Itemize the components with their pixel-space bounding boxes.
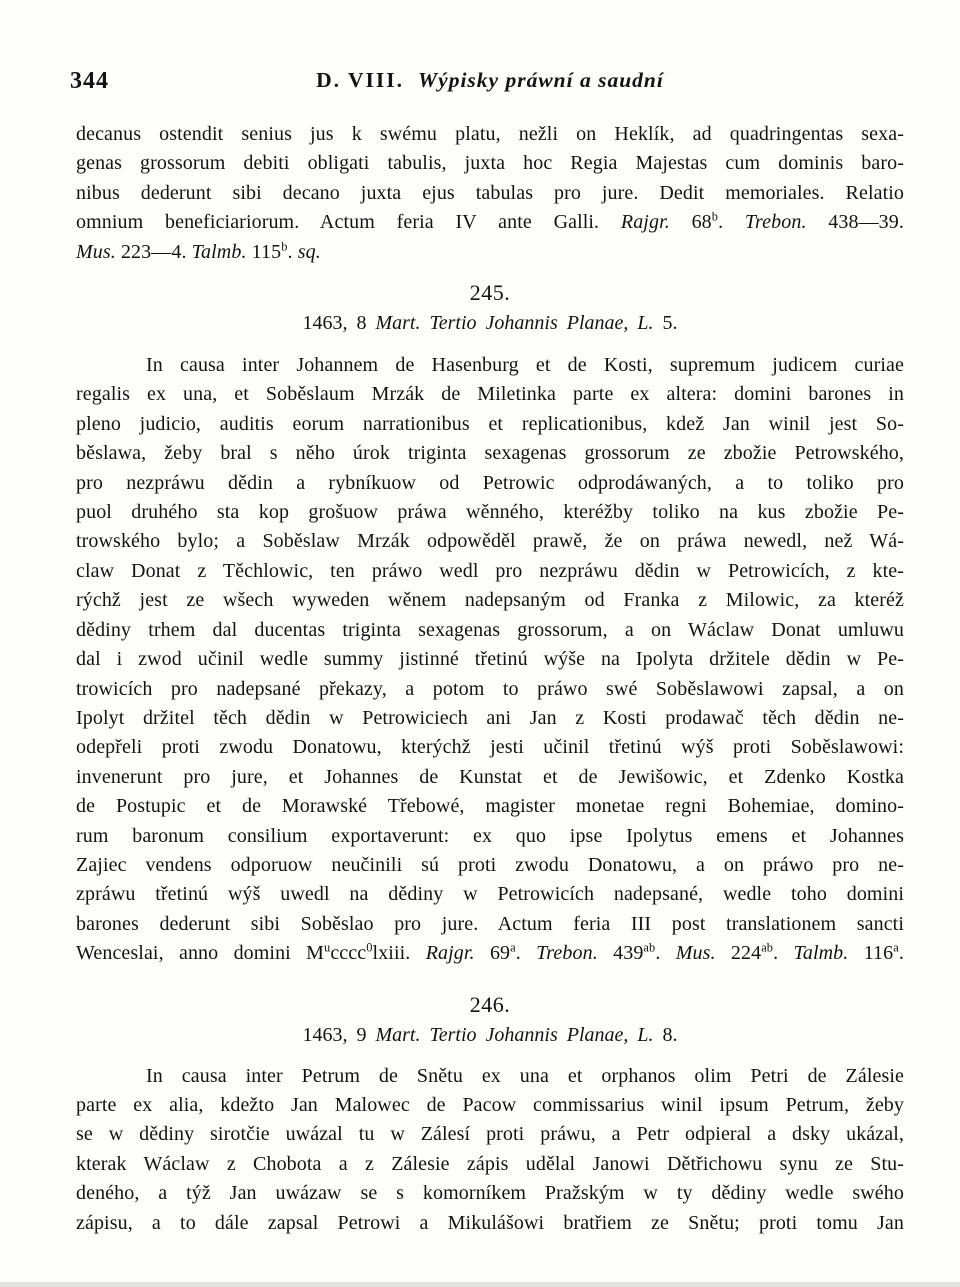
- text-segment: omnium beneficiariorum. Actum feria IV a…: [76, 211, 621, 233]
- entry-245-dateline: 1463, 8 Mart. Tertio Johannis Planae, L.…: [76, 312, 904, 335]
- text-segment: In causa inter Johannem de Hasenburg et …: [146, 354, 904, 376]
- text-segment: pleno judicio, auditis eorum narrationib…: [76, 413, 904, 435]
- text-line: rýchž jest ze wšech wyweden wěnem nadeps…: [76, 586, 904, 615]
- document-page: 344 D. VIII.Wýpisky práwní a saudní deca…: [0, 0, 960, 1287]
- text-segment: 115: [247, 241, 282, 263]
- italic-text-segment: Rajgr.: [426, 942, 475, 964]
- text-line: zpráwu třetinú wýš uwedl na dědiny w Pet…: [76, 880, 904, 909]
- text-line: parte ex alia, kdežto Jan Malowec de Pac…: [76, 1091, 904, 1120]
- entry-246-paragraph: In causa inter Petrum de Snětu ex una et…: [76, 1062, 904, 1238]
- text-segment: .: [288, 241, 298, 263]
- text-line: invenerunt pro jure, et Johannes de Kuns…: [76, 763, 904, 792]
- text-segment: barones dederunt sibi Soběslao pro jure.…: [76, 913, 904, 935]
- text-line: pleno judicio, auditis eorum narrationib…: [76, 410, 904, 439]
- italic-text-segment: Talmb.: [794, 942, 849, 964]
- entry-246-number: 246.: [76, 992, 904, 1018]
- text-segment: 439: [598, 942, 644, 964]
- text-line: Wenceslai, anno domini Mucccc0lxiii. Raj…: [76, 939, 904, 968]
- text-line: nibus dederunt sibi decano juxta ejus ta…: [76, 179, 904, 208]
- text-line: se w dědiny sirotčie uwázal tu w Zálesí …: [76, 1120, 904, 1149]
- text-segment: .: [899, 942, 904, 964]
- entry-245-paragraph: In causa inter Johannem de Hasenburg et …: [76, 351, 904, 969]
- text-segment: lxiii.: [373, 942, 426, 964]
- text-segment: 8.: [654, 1024, 678, 1046]
- text-segment: rum baronum consilium exportaverunt: ex …: [76, 825, 904, 847]
- text-segment: 68: [670, 211, 712, 233]
- italic-text-segment: Mart. Tertio Johannis Planae, L.: [375, 312, 653, 334]
- italic-text-segment: sq.: [298, 241, 321, 263]
- text-line: decanus ostendit senius jus k swému plat…: [76, 120, 904, 149]
- text-line: odepřeli proti zwodu Donatowu, kterýchž …: [76, 733, 904, 762]
- text-line: In causa inter Johannem de Hasenburg et …: [76, 351, 904, 380]
- text-segment: 223—4.: [116, 241, 192, 263]
- text-line: zápisu, a to dále zapsal Petrowi a Mikul…: [76, 1209, 904, 1238]
- entry-244-continuation-paragraph: decanus ostendit senius jus k swému plat…: [76, 120, 904, 267]
- scan-edge-artifact: [0, 1282, 960, 1287]
- text-segment: Wenceslai, anno domini M: [76, 942, 324, 964]
- text-line: puol druhého sta kop grošuow práwa wěnné…: [76, 498, 904, 527]
- text-segment: se w dědiny sirotčie uwázal tu w Zálesí …: [76, 1123, 904, 1145]
- text-segment: Ipolyt držitel těch dědin w Petrowiciech…: [76, 707, 904, 729]
- text-line: In causa inter Petrum de Snětu ex una et…: [76, 1062, 904, 1091]
- text-segment: 1463, 8: [302, 312, 375, 334]
- italic-text-segment: Talmb.: [192, 241, 247, 263]
- text-line: trowicích pro nadepsané překazy, a potom…: [76, 675, 904, 704]
- italic-text-segment: Mus.: [676, 942, 716, 964]
- text-line: rum baronum consilium exportaverunt: ex …: [76, 822, 904, 851]
- text-segment: Zajiec vendens odporuow neučinili sú pro…: [76, 854, 904, 876]
- running-header: 344 D. VIII.Wýpisky práwní a saudní: [76, 68, 904, 98]
- text-segment: parte ex alia, kdežto Jan Malowec de Pac…: [76, 1094, 904, 1116]
- text-line: dal i zwod učinil wedle summy jistinné t…: [76, 645, 904, 674]
- italic-text-segment: Mart. Tertio Johannis Planae, L.: [375, 1024, 653, 1046]
- text-line: omnium beneficiariorum. Actum feria IV a…: [76, 208, 904, 237]
- text-segment: de Postupic et de Morawské Třebowé, magi…: [76, 795, 904, 817]
- text-segment: cccc: [330, 942, 366, 964]
- text-segment: trowicích pro nadepsané překazy, a potom…: [76, 678, 904, 700]
- text-segment: genas grossorum debiti obligati tabulis,…: [76, 152, 904, 174]
- text-segment: zápisu, a to dále zapsal Petrowi a Mikul…: [76, 1212, 904, 1234]
- text-segment: kterak Wáclaw z Chobota a z Zálesie zápi…: [76, 1153, 904, 1175]
- text-line: barones dederunt sibi Soběslao pro jure.…: [76, 910, 904, 939]
- text-segment: 1463, 9: [302, 1024, 375, 1046]
- entry-246-dateline: 1463, 9 Mart. Tertio Johannis Planae, L.…: [76, 1024, 904, 1047]
- text-segment: 5.: [654, 312, 678, 334]
- text-segment: dal i zwod učinil wedle summy jistinné t…: [76, 648, 904, 670]
- text-segment: deného, a týž Jan uwázaw se s komorníkem…: [76, 1182, 904, 1204]
- text-segment: odepřeli proti zwodu Donatowu, kterýchž …: [76, 736, 904, 758]
- text-line: běslawa, žeby bral s něho úrok triginta …: [76, 439, 904, 468]
- text-segment: puol druhého sta kop grošuow práwa wěnné…: [76, 501, 904, 523]
- text-line: Mus. 223—4. Talmb. 115b. sq.: [76, 238, 904, 267]
- text-line: deného, a týž Jan uwázaw se s komorníkem…: [76, 1179, 904, 1208]
- text-segment: claw Donat z Těchlowic, ten práwo wedl p…: [76, 560, 904, 582]
- text-line: kterak Wáclaw z Chobota a z Zálesie zápi…: [76, 1150, 904, 1179]
- text-segment: 69: [475, 942, 511, 964]
- italic-text-segment: Trebon.: [536, 942, 598, 964]
- text-segment: zpráwu třetinú wýš uwedl na dědiny w Pet…: [76, 883, 904, 905]
- text-segment: pro nezpráwu dědin a rybníkuow od Petrow…: [76, 472, 904, 494]
- text-line: pro nezpráwu dědin a rybníkuow od Petrow…: [76, 469, 904, 498]
- text-segment: rýchž jest ze wšech wyweden wěnem nadeps…: [76, 589, 904, 611]
- text-line: genas grossorum debiti obligati tabulis,…: [76, 149, 904, 178]
- text-segment: dědiny trhem dal ducentas triginta sexag…: [76, 619, 904, 641]
- text-line: regalis ex una, et Soběslaum Mrzák de Mi…: [76, 380, 904, 409]
- text-line: trowského bylo; a Soběslaw Mrzák odpowěd…: [76, 527, 904, 556]
- text-line: dědiny trhem dal ducentas triginta sexag…: [76, 616, 904, 645]
- italic-text-segment: Trebon.: [745, 211, 807, 233]
- text-line: de Postupic et de Morawské Třebowé, magi…: [76, 792, 904, 821]
- text-segment: .: [718, 211, 745, 233]
- superscript-segment: ab: [643, 941, 655, 955]
- italic-text-segment: Rajgr.: [621, 211, 670, 233]
- superscript-segment: ab: [761, 941, 773, 955]
- text-segment: decanus ostendit senius jus k swému plat…: [76, 123, 904, 145]
- text-line: Ipolyt držitel těch dědin w Petrowiciech…: [76, 704, 904, 733]
- text-segment: invenerunt pro jure, et Johannes de Kuns…: [76, 766, 904, 788]
- text-segment: 438—39.: [807, 211, 904, 233]
- italic-text-segment: Mus.: [76, 241, 116, 263]
- text-line: claw Donat z Těchlowic, ten práwo wedl p…: [76, 557, 904, 586]
- header-book-title: Wýpisky práwní a saudní: [418, 68, 664, 92]
- text-segment: regalis ex una, et Soběslaum Mrzák de Mi…: [76, 383, 904, 405]
- text-segment: .: [516, 942, 536, 964]
- text-segment: 224: [716, 942, 762, 964]
- header-title: D. VIII.Wýpisky práwní a saudní: [76, 68, 904, 93]
- text-segment: .: [773, 942, 793, 964]
- text-segment: In causa inter Petrum de Snětu ex una et…: [146, 1065, 904, 1087]
- text-segment: běslawa, žeby bral s něho úrok triginta …: [76, 442, 904, 464]
- text-line: Zajiec vendens odporuow neučinili sú pro…: [76, 851, 904, 880]
- entry-245-number: 245.: [76, 280, 904, 306]
- text-segment: nibus dederunt sibi decano juxta ejus ta…: [76, 182, 904, 204]
- text-segment: 116: [848, 942, 893, 964]
- page-number: 344: [70, 68, 109, 95]
- text-segment: trowského bylo; a Soběslaw Mrzák odpowěd…: [76, 530, 904, 552]
- header-section-label: D. VIII.: [316, 68, 404, 92]
- text-segment: .: [655, 942, 675, 964]
- text-column: 344 D. VIII.Wýpisky práwní a saudní deca…: [76, 68, 904, 1238]
